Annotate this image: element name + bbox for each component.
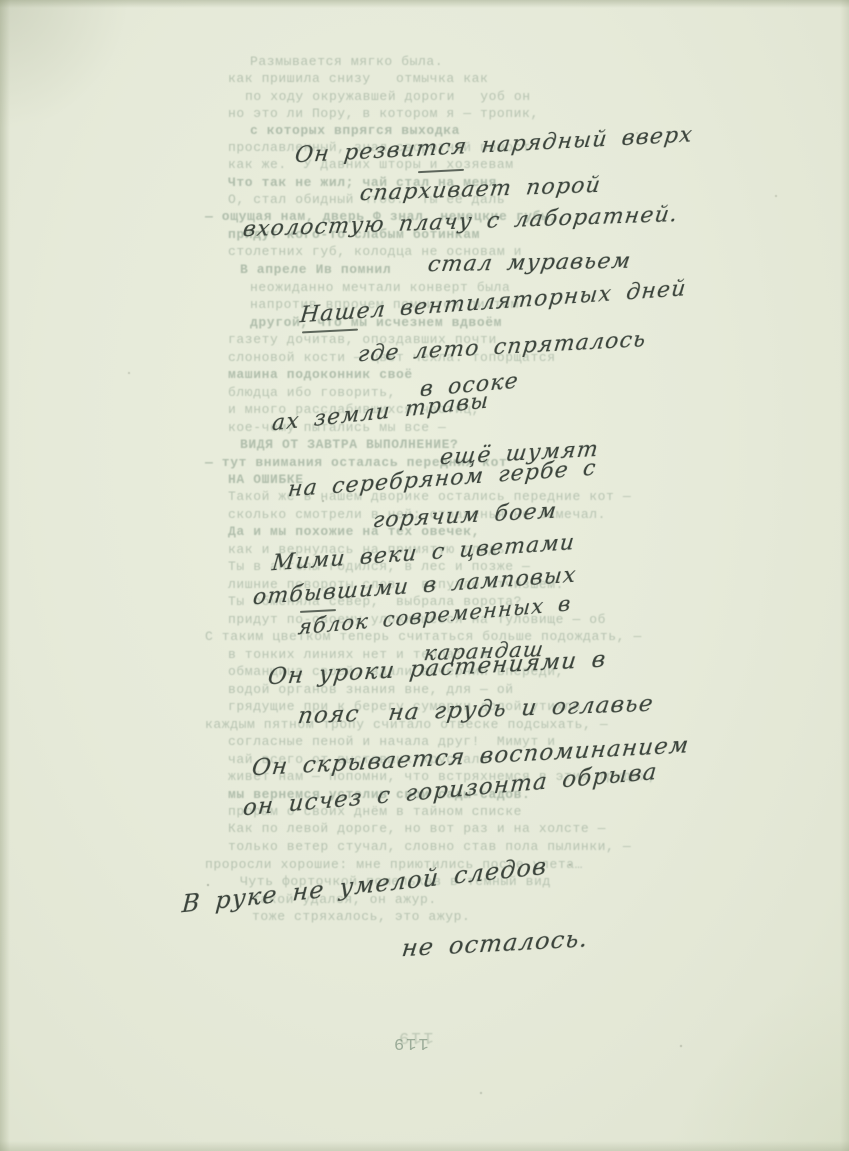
handwritten-line: не осталось. xyxy=(401,926,591,960)
handwritten-line: Он резвится нарядный вверх xyxy=(294,124,695,167)
handwritten-line: пояс на грудь и оглавье xyxy=(296,693,655,729)
handwritten-line: Нашел вентиляторных дней xyxy=(299,278,688,327)
manuscript-page: Размывается мягко была.как пришила снизу… xyxy=(0,0,849,1151)
handwritten-line: Он уроки растениями в xyxy=(267,648,608,689)
handwritten-line: спархивает порой xyxy=(358,175,602,206)
handwritten-line: вхолостую плачу с лаборатней. xyxy=(241,204,679,241)
handwritten-line: ах земли травы xyxy=(271,390,490,435)
handwritten-line: горячим боем xyxy=(372,500,559,532)
ink-underline-mark xyxy=(302,329,358,334)
handwritten-line: стал муравьем xyxy=(426,250,633,276)
ink-underline-mark xyxy=(418,169,464,173)
handwriting-layer: Он резвится нарядный вверхспархивает пор… xyxy=(0,0,849,1151)
handwritten-line: где лето спряталось xyxy=(357,329,648,366)
handwritten-line: В руке не умелой следов xyxy=(181,853,548,916)
